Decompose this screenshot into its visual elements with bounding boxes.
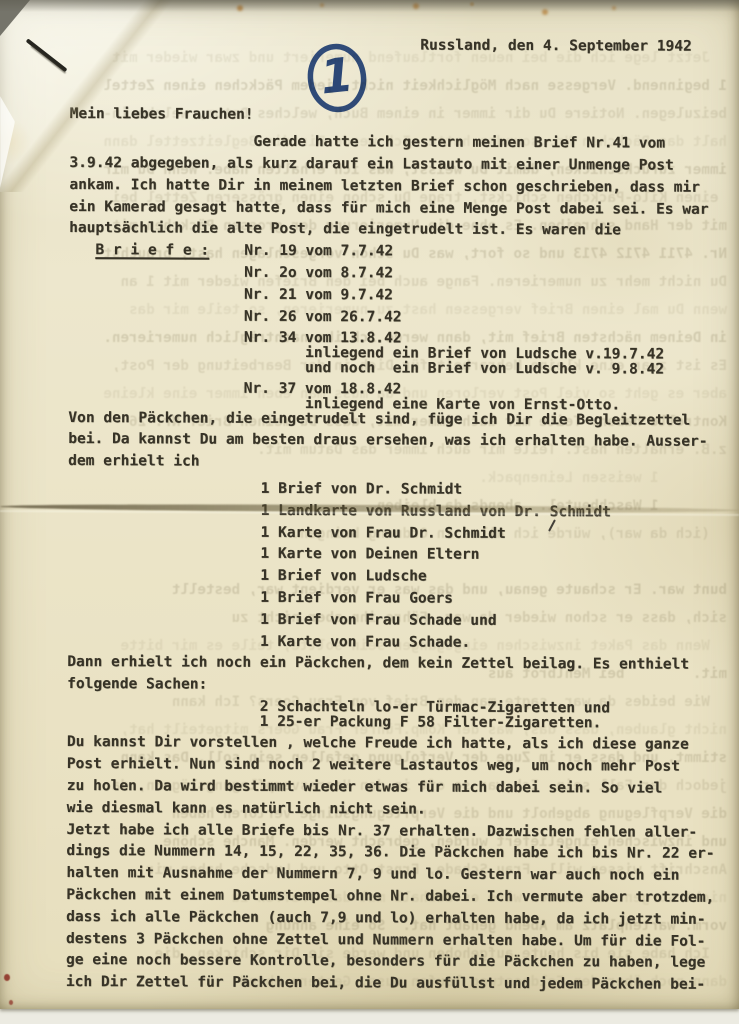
letter-line: bei. Da kannst Du am besten draus ersehe… — [68, 428, 729, 453]
letter-line: Nr. 26 vom 26.7.42 — [69, 305, 730, 330]
letter-line: 1 25-er Packung F 58 Filter-Zigaretten. — [67, 710, 728, 735]
letter-line: 1 Brief von Ludsche — [68, 564, 729, 589]
letter-line: hauptsächlich die alte Post, die eingetr… — [69, 217, 730, 242]
letter-line: und noch ein Brief von Ludsche v. 9.8.42 — [68, 356, 729, 381]
letter-line: Nr. 21 vom 9.7.42 — [69, 283, 730, 308]
letter-line: Päckchen mit einem Datumstempel ohne Nr.… — [66, 884, 727, 909]
letter-paper: Jetzt lege ich die bei neuen fortlaufend… — [0, 0, 739, 1009]
letter-line: folgende Sachen: — [67, 673, 728, 698]
letter-line: Dann erhielt ich noch ein Päckchen, dem … — [67, 651, 728, 676]
letter-line: wie diesmal kann es natürlich nicht sein… — [67, 797, 728, 822]
letter-line: dings die Nummern 14, 15, 22, 35, 36. Di… — [66, 840, 727, 865]
letter-line: Du kannst Dir vorstellen , welche Freude… — [67, 731, 728, 756]
letter-line: 1 Karte von Frau Dr. Schmidt — [68, 521, 729, 546]
letter-line: ein Kamerad gesagt hatte, dass für mich … — [69, 196, 730, 221]
letter-line: 1 Brief von Frau Schade und — [67, 608, 728, 633]
corner-fold — [0, 0, 178, 192]
letter-line: Post erhielt. Nun sind noch 2 weitere La… — [67, 753, 728, 778]
paper-top-edge-shadow — [0, 0, 739, 12]
scanned-letter-page: Jetzt lege ich die bei neuen fortlaufend… — [0, 0, 739, 1024]
letter-line: dass ich alle Päckchen (auch 7,9 und lo)… — [66, 906, 727, 931]
letter-line: Nr. 2o vom 8.7.42 — [69, 261, 730, 286]
page-number-stamp: 1 — [306, 42, 368, 114]
letter-line: zu holen. Da wird bestimmt wieder etwas … — [67, 775, 728, 800]
letter-line: 1 Karte von Frau Schade. — [67, 630, 728, 655]
letter-line: halten mit Ausnahme der Nummern 7, 9 und… — [66, 862, 727, 887]
letter-line: Jetzt habe ich alle Briefe bis Nr. 37 er… — [66, 819, 727, 844]
letter-line: Von den Päckchen, die eingetrudelt sind,… — [68, 407, 729, 432]
letter-line: 1 Karte von Deinen Eltern — [68, 542, 729, 567]
letter-line: ich Dir Zettel für Päckchen bei, die Du … — [66, 971, 727, 996]
letter-line: ge eine noch bessere Kontrolle, besonder… — [66, 949, 727, 974]
letter-line: destens 3 Päckchen ohne Zettel und Numme… — [66, 928, 727, 953]
letter-line: 1 Brief von Dr. Schmidt — [68, 477, 729, 502]
letter-line: 1 Brief von Frau Goers — [67, 586, 728, 611]
letter-line: dem erhielt ich — [68, 450, 729, 475]
briefe-heading-line: B r i e f e : Nr. 19 vom 7.7.42 — [69, 239, 730, 264]
stamp-digit: 1 — [303, 43, 371, 111]
